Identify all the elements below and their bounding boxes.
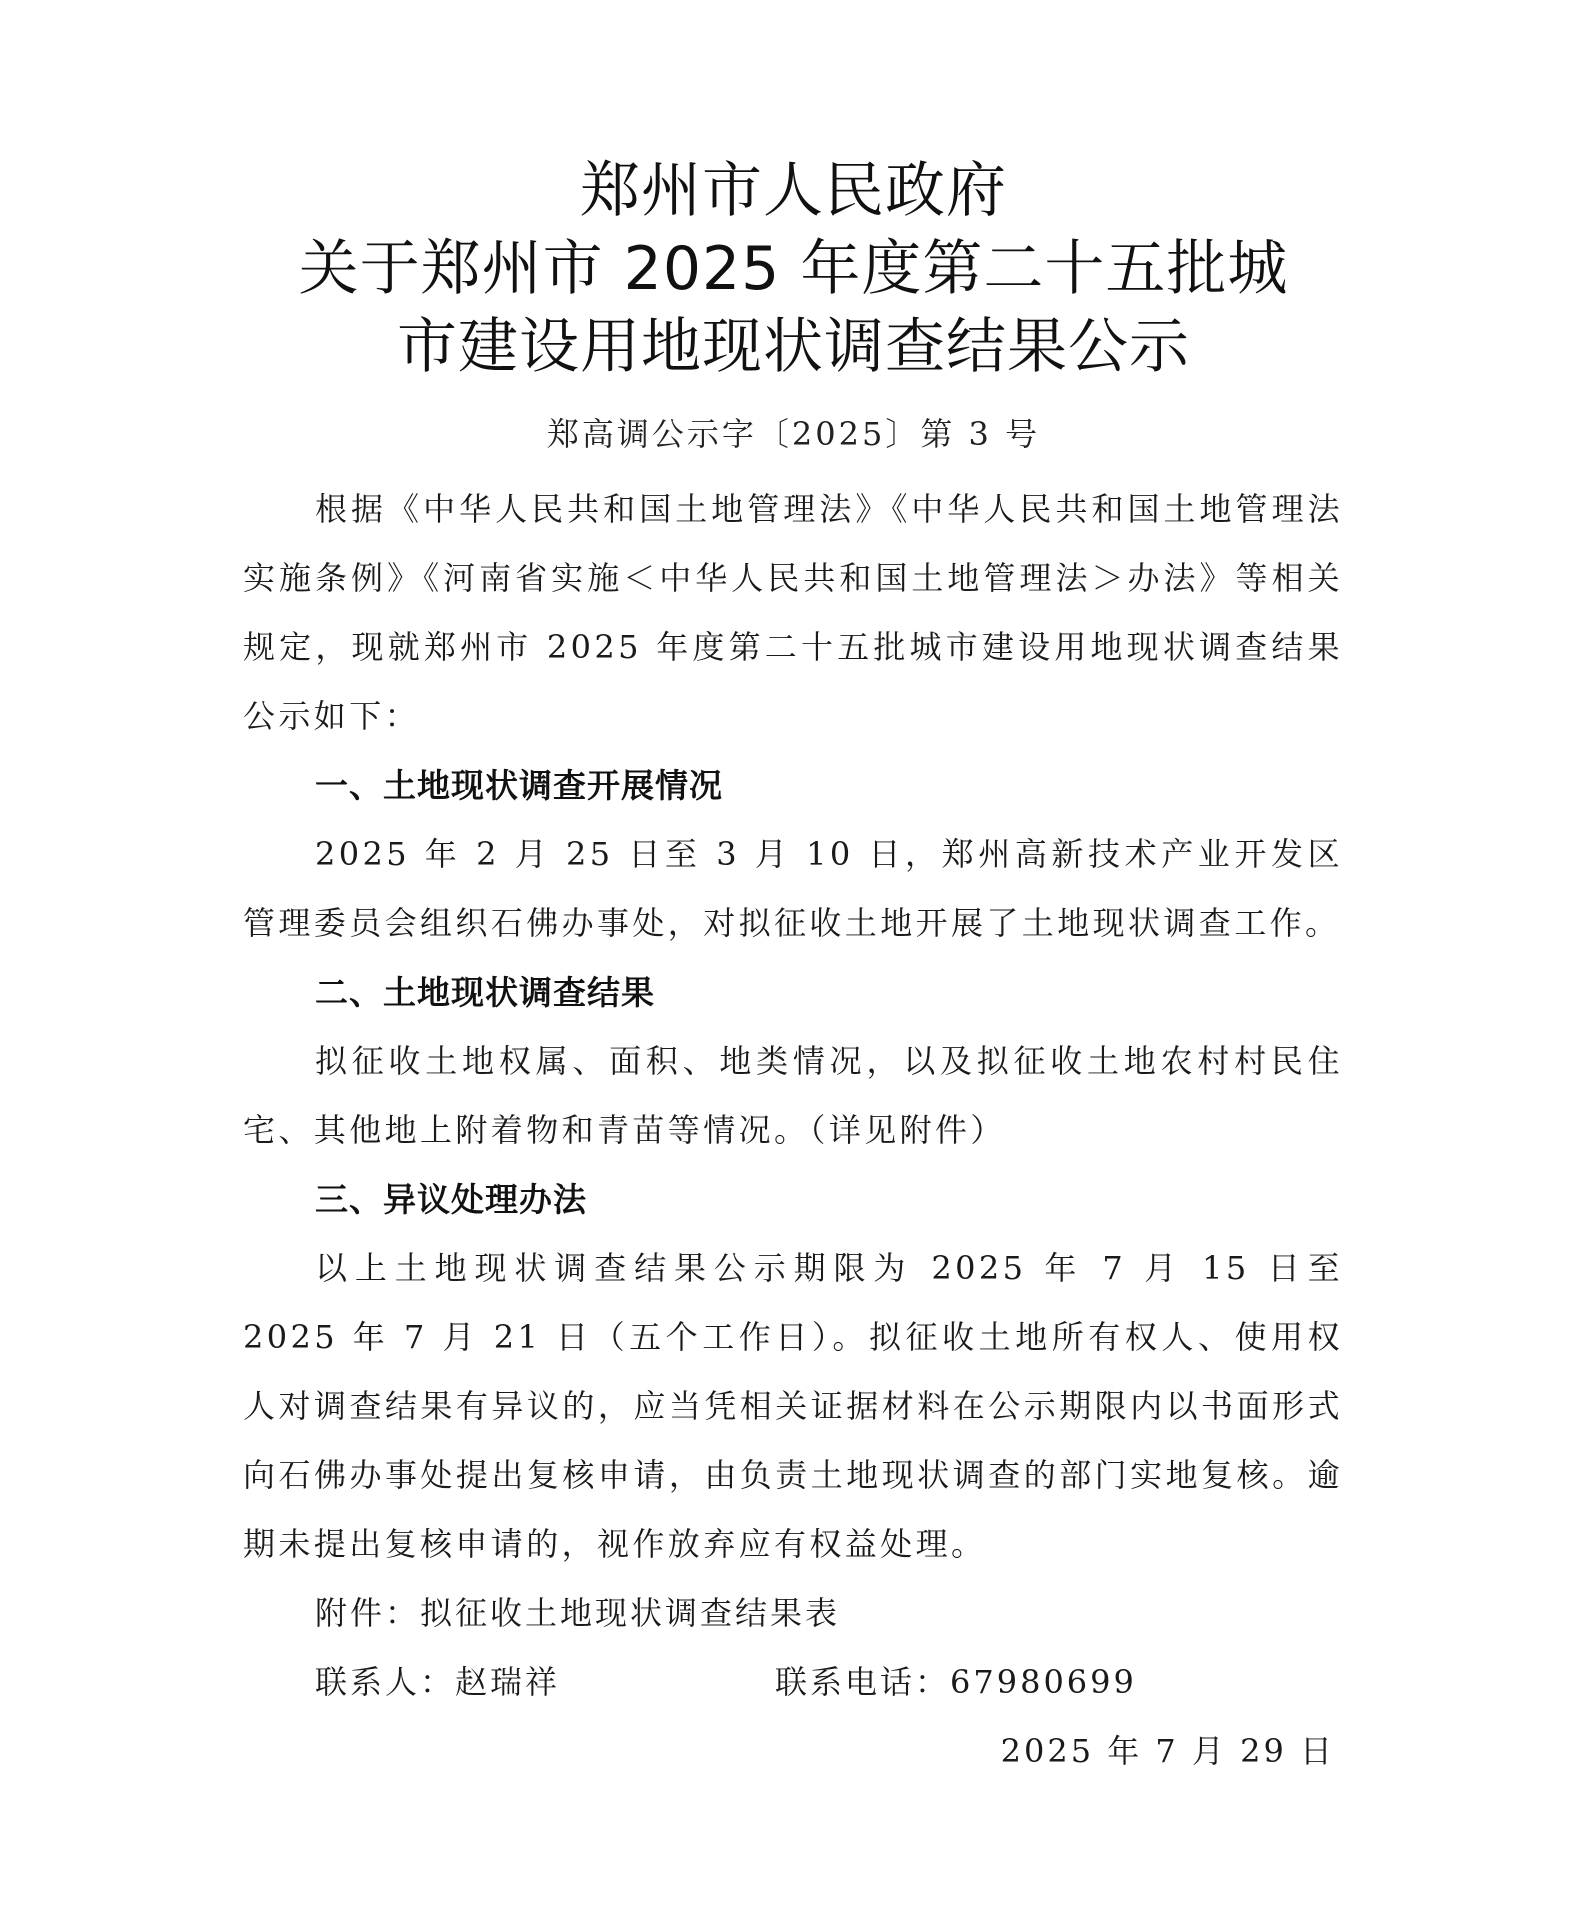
section-heading-survey-process: 一、土地现状调查开展情况 (243, 751, 1343, 820)
document-page: 郑州市人民政府 关于郑州市 2025 年度第二十五批城 市建设用地现状调查结果公… (0, 0, 1587, 1931)
issue-date: 2025 年 7 月 29 日 (243, 1717, 1343, 1786)
contact-person: 联系人：赵瑞祥 (315, 1648, 775, 1717)
document-title: 郑州市人民政府 关于郑州市 2025 年度第二十五批城 市建设用地现状调查结果公… (0, 152, 1587, 386)
title-line-subject-2: 市建设用地现状调查结果公示 (0, 308, 1587, 386)
document-body: 根据《中华人民共和国土地管理法》《中华人民共和国土地管理法实施条例》《河南省实施… (243, 475, 1343, 1786)
section-heading-survey-results: 二、土地现状调查结果 (243, 958, 1343, 1027)
contact-line: 联系人：赵瑞祥联系电话：67980699 (243, 1648, 1343, 1717)
title-line-issuer: 郑州市人民政府 (0, 152, 1587, 230)
contact-phone: 联系电话：67980699 (775, 1648, 1137, 1717)
intro-paragraph: 根据《中华人民共和国土地管理法》《中华人民共和国土地管理法实施条例》《河南省实施… (243, 475, 1343, 751)
attachment-line: 附件：拟征收土地现状调查结果表 (243, 1579, 1343, 1648)
section-paragraph-survey-process: 2025 年 2 月 25 日至 3 月 10 日，郑州高新技术产业开发区管理委… (243, 820, 1343, 958)
section-paragraph-survey-results: 拟征收土地权属、面积、地类情况，以及拟征收土地农村村民住宅、其他地上附着物和青苗… (243, 1027, 1343, 1165)
title-line-subject-1: 关于郑州市 2025 年度第二十五批城 (0, 230, 1587, 308)
document-number: 郑高调公示字〔2025〕第 3 号 (0, 412, 1587, 456)
section-paragraph-objection-handling: 以上土地现状调查结果公示期限为 2025 年 7 月 15 日至 2025 年 … (243, 1234, 1343, 1579)
section-heading-objection-handling: 三、异议处理办法 (243, 1165, 1343, 1234)
